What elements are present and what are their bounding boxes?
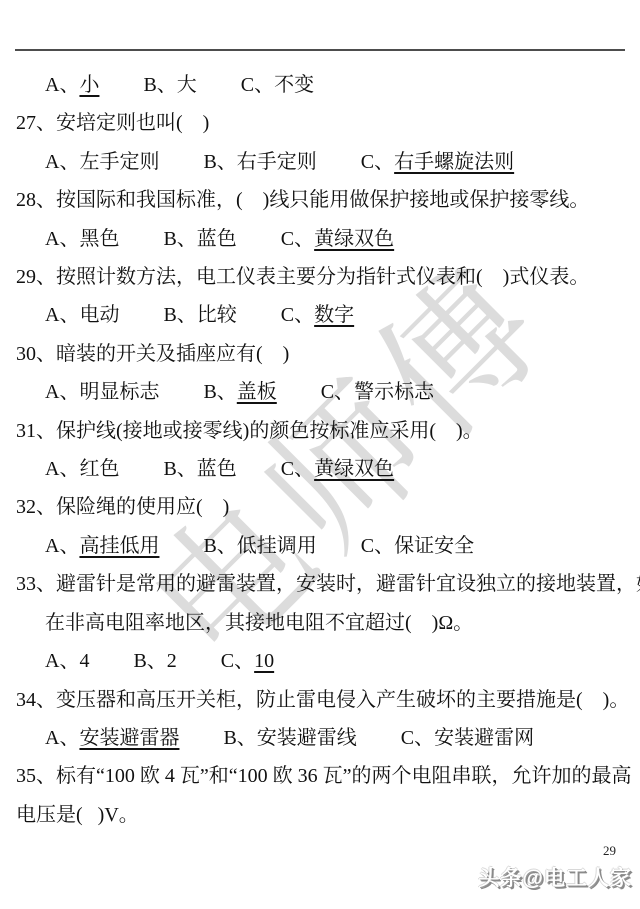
options-row: A、黑色B、蓝色C、黄绿双色 <box>16 220 628 258</box>
option-text: 警示标志 <box>354 381 434 403</box>
option: C、10 <box>221 650 274 672</box>
option-label: B、 <box>163 304 196 326</box>
option-text: 电动 <box>79 304 119 326</box>
question-line: 在非高电阻率地区，其接地电阻不宜超过( )Ω。 <box>16 604 628 642</box>
option-text: 右手定则 <box>237 151 317 173</box>
option: C、右手螺旋法则 <box>361 151 514 173</box>
option-label: A、 <box>45 381 79 403</box>
option-label: B、 <box>203 151 236 173</box>
options-row: A、红色B、蓝色C、黄绿双色 <box>16 450 628 488</box>
option-label: C、 <box>321 381 354 403</box>
options-row: A、安装避雷器B、安装避雷线C、安装避雷网 <box>16 719 628 757</box>
option-label: B、 <box>163 458 196 480</box>
option: A、明显标志 <box>45 381 159 403</box>
option-label: A、 <box>45 650 79 672</box>
option-label: C、 <box>401 727 434 749</box>
option-label: C、 <box>221 650 254 672</box>
toutiao-watermark-badge: 头条@电工人家 <box>479 862 632 892</box>
option-label: B、 <box>203 535 236 557</box>
question-line: 电压是( )V。 <box>16 796 628 834</box>
options-row: A、电动B、比较C、数字 <box>16 296 628 334</box>
option-label: C、 <box>281 458 314 480</box>
option: C、保证安全 <box>361 535 474 557</box>
options-row: A、小B、大C、不变 <box>16 66 628 104</box>
option-label: C、 <box>281 304 314 326</box>
option-label: C、 <box>361 151 394 173</box>
option-text: 低挂调用 <box>237 535 317 557</box>
question-line: 33、避雷针是常用的避雷装置，安装时，避雷针宜设独立的接地装置，如果 <box>16 565 628 603</box>
option-text: 黄绿双色 <box>314 228 394 250</box>
option-label: B、 <box>223 727 256 749</box>
option-text: 2 <box>167 650 177 672</box>
option: A、安装避雷器 <box>45 727 179 749</box>
question-line: 35、标有“100 欧 4 瓦”和“100 欧 36 瓦”的两个电阻串联，允许加… <box>16 757 628 795</box>
option-label: A、 <box>45 458 79 480</box>
option-text: 小 <box>79 74 99 96</box>
option-text: 数字 <box>314 304 354 326</box>
question-line: 31、保护线(接地或接零线)的颜色按标准应采用( )。 <box>16 412 628 450</box>
option-label: B、 <box>203 381 236 403</box>
option: B、低挂调用 <box>203 535 316 557</box>
option: C、警示标志 <box>321 381 434 403</box>
option: C、安装避雷网 <box>401 727 534 749</box>
option: A、高挂低用 <box>45 535 159 557</box>
option-label: B、 <box>133 650 166 672</box>
option: B、盖板 <box>203 381 276 403</box>
option: A、4 <box>45 650 89 672</box>
option: A、左手定则 <box>45 151 159 173</box>
option-text: 保证安全 <box>394 535 474 557</box>
option: B、大 <box>143 74 196 96</box>
question-line: 29、按照计数方法，电工仪表主要分为指针式仪表和( )式仪表。 <box>16 258 628 296</box>
option-label: A、 <box>45 151 79 173</box>
options-row: A、左手定则B、右手定则C、右手螺旋法则 <box>16 143 628 181</box>
option: A、小 <box>45 74 99 96</box>
option: A、红色 <box>45 458 119 480</box>
options-row: A、高挂低用B、低挂调用C、保证安全 <box>16 527 628 565</box>
option: B、右手定则 <box>203 151 316 173</box>
option-label: A、 <box>45 727 79 749</box>
question-line: 34、变压器和高压开关柜，防止雷电侵入产生破坏的主要措施是( )。 <box>16 681 628 719</box>
option-label: C、 <box>281 228 314 250</box>
option-text: 4 <box>79 650 89 672</box>
option-label: A、 <box>45 228 79 250</box>
option-label: A、 <box>45 74 79 96</box>
option: B、比较 <box>163 304 236 326</box>
option-text: 安装避雷网 <box>434 727 534 749</box>
question-line: 28、按国际和我国标准，( )线只能用做保护接地或保护接零线。 <box>16 181 628 219</box>
option: B、安装避雷线 <box>223 727 356 749</box>
option: B、蓝色 <box>163 458 236 480</box>
options-row: A、明显标志B、盖板C、警示标志 <box>16 373 628 411</box>
question-line: 27、安培定则也叫( ) <box>16 104 628 142</box>
option-text: 不变 <box>274 74 314 96</box>
option-text: 安装避雷器 <box>79 727 179 749</box>
option-text: 比较 <box>197 304 237 326</box>
option: A、黑色 <box>45 228 119 250</box>
question-line: 32、保险绳的使用应( ) <box>16 488 628 526</box>
header-divider <box>15 49 625 51</box>
option: A、电动 <box>45 304 119 326</box>
option: C、黄绿双色 <box>281 228 394 250</box>
option: B、2 <box>133 650 176 672</box>
option-text: 黄绿双色 <box>314 458 394 480</box>
option-label: A、 <box>45 535 79 557</box>
options-row: A、4B、2C、10 <box>16 642 628 680</box>
page-number: 29 <box>603 843 616 859</box>
option-label: A、 <box>45 304 79 326</box>
question-line: 30、暗装的开关及插座应有( ) <box>16 335 628 373</box>
option: C、黄绿双色 <box>281 458 394 480</box>
option-text: 高挂低用 <box>79 535 159 557</box>
option-text: 蓝色 <box>197 458 237 480</box>
document-body: A、小B、大C、不变27、安培定则也叫( )A、左手定则B、右手定则C、右手螺旋… <box>16 66 628 834</box>
option-label: C、 <box>361 535 394 557</box>
option: C、数字 <box>281 304 354 326</box>
option-label: B、 <box>143 74 176 96</box>
option: C、不变 <box>241 74 314 96</box>
option-text: 盖板 <box>237 381 277 403</box>
option-text: 安装避雷线 <box>257 727 357 749</box>
option: B、蓝色 <box>163 228 236 250</box>
option-text: 蓝色 <box>197 228 237 250</box>
option-text: 红色 <box>79 458 119 480</box>
option-text: 10 <box>254 650 274 672</box>
option-text: 大 <box>177 74 197 96</box>
option-text: 左手定则 <box>79 151 159 173</box>
option-text: 明显标志 <box>79 381 159 403</box>
option-label: C、 <box>241 74 274 96</box>
option-label: B、 <box>163 228 196 250</box>
option-text: 黑色 <box>79 228 119 250</box>
option-text: 右手螺旋法则 <box>394 151 514 173</box>
